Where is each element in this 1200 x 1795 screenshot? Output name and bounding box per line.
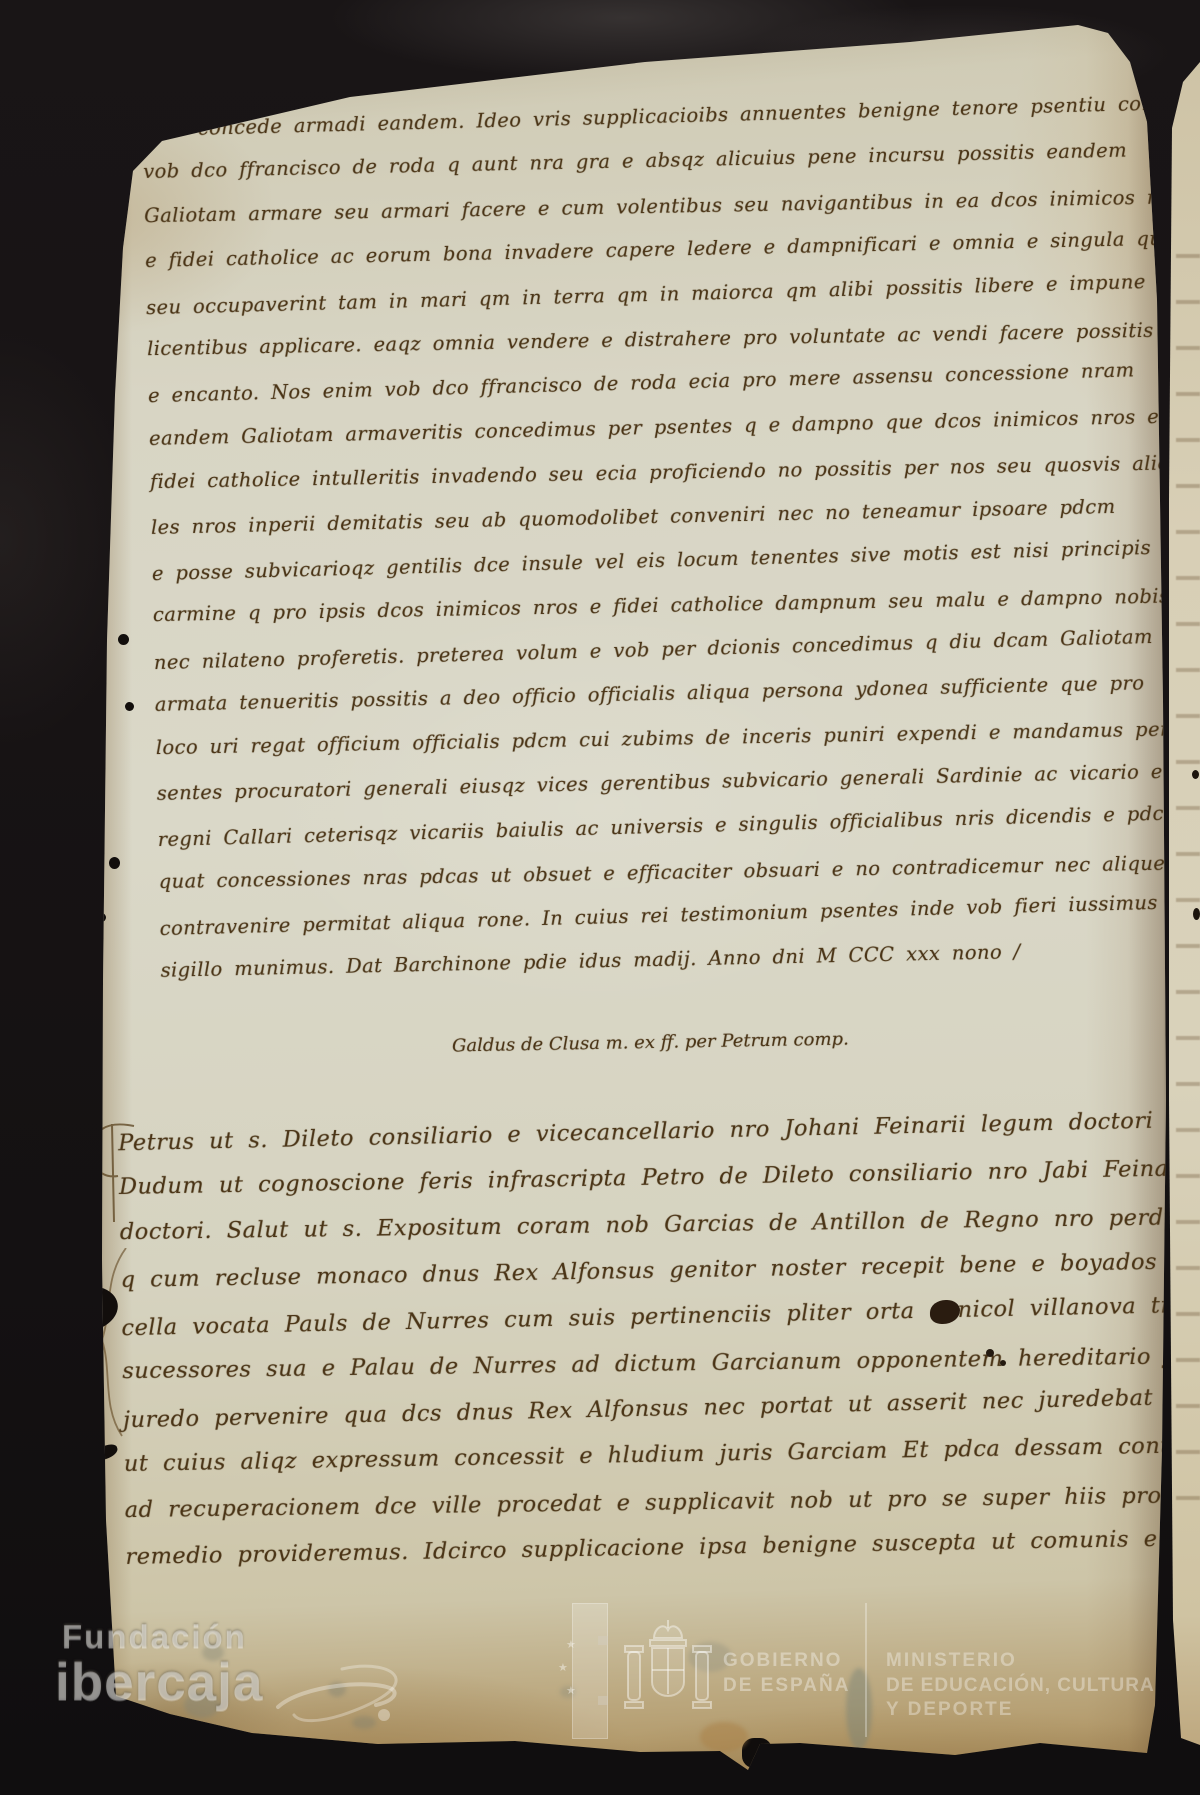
gobierno-flag-bar bbox=[572, 1603, 608, 1739]
watermark-divider bbox=[865, 1603, 867, 1737]
stain bbox=[700, 1722, 748, 1752]
ink-dot bbox=[1193, 908, 1200, 920]
margin-note-line: dfens bbox=[31, 1372, 91, 1411]
star-icon: ★ bbox=[566, 1684, 576, 1697]
edge-tear-shadow bbox=[742, 1738, 772, 1768]
wormhole-dot bbox=[97, 913, 106, 922]
margin-note-line: hauy e bbox=[30, 1336, 90, 1375]
wormhole-dot bbox=[115, 185, 122, 192]
ink-dot bbox=[1192, 770, 1199, 779]
flag-bar-notch bbox=[598, 1636, 608, 1645]
margin-note-line: ja conc bbox=[29, 1298, 89, 1337]
watermark-ministerio-line1: MINISTERIO bbox=[886, 1650, 1017, 1672]
star-icon: ★ bbox=[558, 1661, 568, 1674]
watermark-gobierno-line2: DE ESPAÑA bbox=[723, 1675, 850, 1697]
ink-blot bbox=[175, 81, 200, 101]
ink-dot bbox=[986, 1349, 994, 1357]
star-icon: ★ bbox=[566, 1638, 576, 1651]
facing-page-text-fragments bbox=[1176, 220, 1200, 1520]
archival-photo: uam concede armadi eandem. Ideo vris sup… bbox=[0, 0, 1200, 1795]
wormhole-dot bbox=[118, 634, 129, 645]
watermark-fundacion-line2: ibercaja bbox=[55, 1652, 263, 1713]
latin-document-1: uam concede armadi eandem. Ideo vris sup… bbox=[142, 94, 1176, 1004]
spain-coat-of-arms-icon bbox=[620, 1618, 716, 1722]
margin-brace bbox=[96, 1248, 136, 1438]
manuscript-page: uam concede armadi eandem. Ideo vris sup… bbox=[0, 0, 1200, 1795]
chancery-note: Galdus de Clusa m. ex ff. per Petrum com… bbox=[452, 1029, 849, 1057]
ibercaja-swoosh-icon bbox=[272, 1645, 402, 1735]
watermark-gobierno-line1: GOBIERNO bbox=[723, 1650, 842, 1672]
wormhole-dot bbox=[109, 857, 120, 869]
latin-document-2: Petrus ut s. Dileto consiliario e viceca… bbox=[118, 1110, 1171, 1590]
margin-note-line: pro dat bbox=[27, 1261, 87, 1300]
flag-bar-notch bbox=[598, 1696, 608, 1705]
wormhole-dot bbox=[125, 702, 134, 711]
watermark-ministerio-line2: DE EDUCACIÓN, CULTURA bbox=[886, 1675, 1155, 1697]
margin-annotation: pro dat ja conc hauy e dfens bbox=[27, 1261, 91, 1411]
watermark-fundacion-line1: Fundación bbox=[62, 1618, 247, 1656]
wormhole-dot bbox=[121, 207, 127, 213]
ink-dot bbox=[1000, 1360, 1006, 1366]
watermark-ministerio-line3: Y DEPORTE bbox=[886, 1699, 1013, 1721]
